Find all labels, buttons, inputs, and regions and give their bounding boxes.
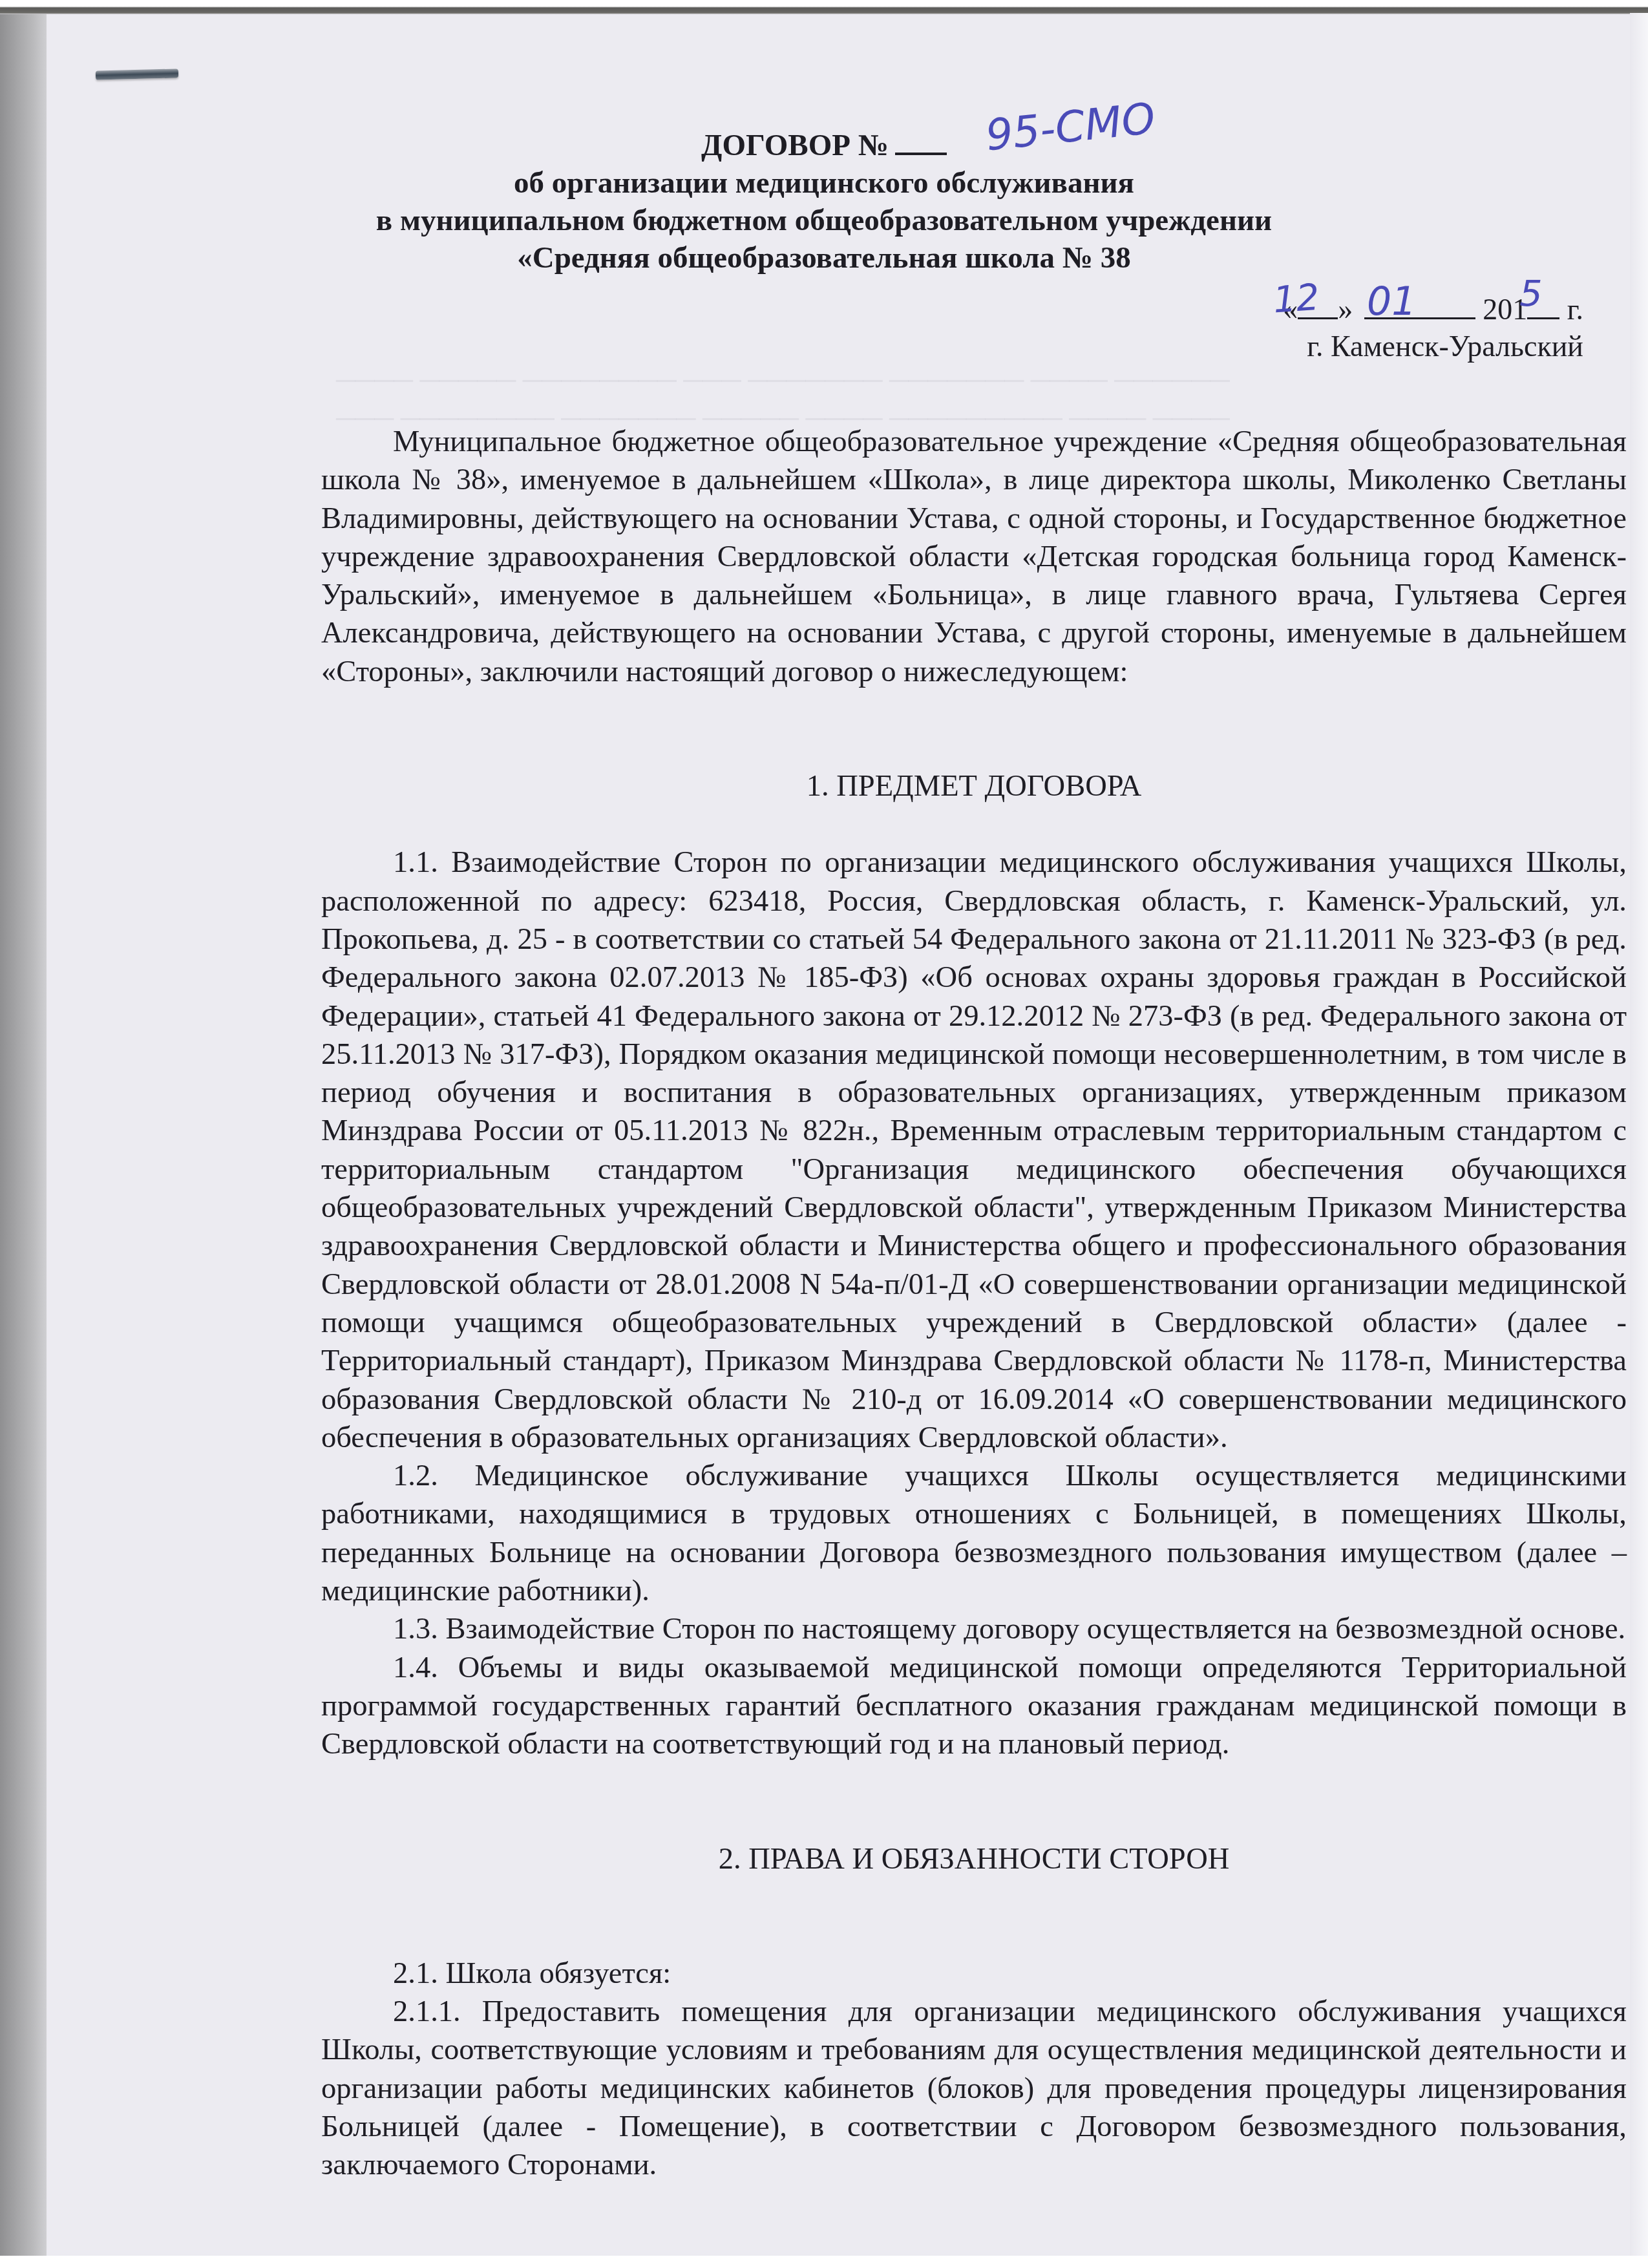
contract-subtitle-2: в муниципальном бюджетном общеобразовате… — [0, 202, 1648, 239]
clause-1-2: 1.2. Медицинское обслуживание учащихся Ш… — [321, 1457, 1627, 1610]
handwritten-day: 12 — [1272, 277, 1321, 322]
clause-1-1: 1.1. Взаимодействие Сторон по организаци… — [321, 843, 1627, 1457]
year-unit: г. — [1567, 293, 1583, 326]
document-body: Муниципальное бюджетное общеобразователь… — [321, 423, 1627, 2185]
handwritten-month: 01 — [1367, 279, 1416, 324]
handwritten-year-digit: 5 — [1519, 273, 1543, 315]
contract-subtitle-3: «Средняя общеобразовательная школа № 38 — [0, 239, 1648, 277]
contract-number-blank — [895, 127, 947, 155]
clause-1-4: 1.4. Объемы и виды оказываемой медицинск… — [321, 1649, 1627, 1764]
section-1-title: 1. ПРЕДМЕТ ДОГОВОРА — [321, 767, 1627, 805]
staple-mark — [96, 69, 178, 79]
contract-subtitle-1: об организации медицинского обслуживания — [0, 164, 1648, 202]
contract-title-line: ДОГОВОР № — [0, 127, 1648, 164]
section-2-title: 2. ПРАВА И ОБЯЗАННОСТИ СТОРОН — [321, 1840, 1627, 1878]
preamble-paragraph: Муниципальное бюджетное общеобразователь… — [321, 423, 1627, 691]
city: г. Каменск-Уральский — [1283, 328, 1583, 365]
scan-bottom-edge — [0, 2256, 1648, 2268]
clause-2-1-1: 2.1.1. Предоставить помещения для органи… — [321, 1993, 1627, 2184]
contract-title: ДОГОВОР № — [701, 129, 889, 162]
scan-left-edge — [0, 14, 47, 2257]
scan-top-edge — [0, 0, 1648, 14]
scan-right-edge — [1630, 13, 1648, 2256]
clause-2-1: 2.1. Школа обязуется: — [321, 1955, 1627, 1993]
document-header: ДОГОВОР № об организации медицинского об… — [0, 127, 1648, 277]
clause-1-3: 1.3. Взаимодействие Сторон по настоящему… — [321, 1610, 1627, 1648]
